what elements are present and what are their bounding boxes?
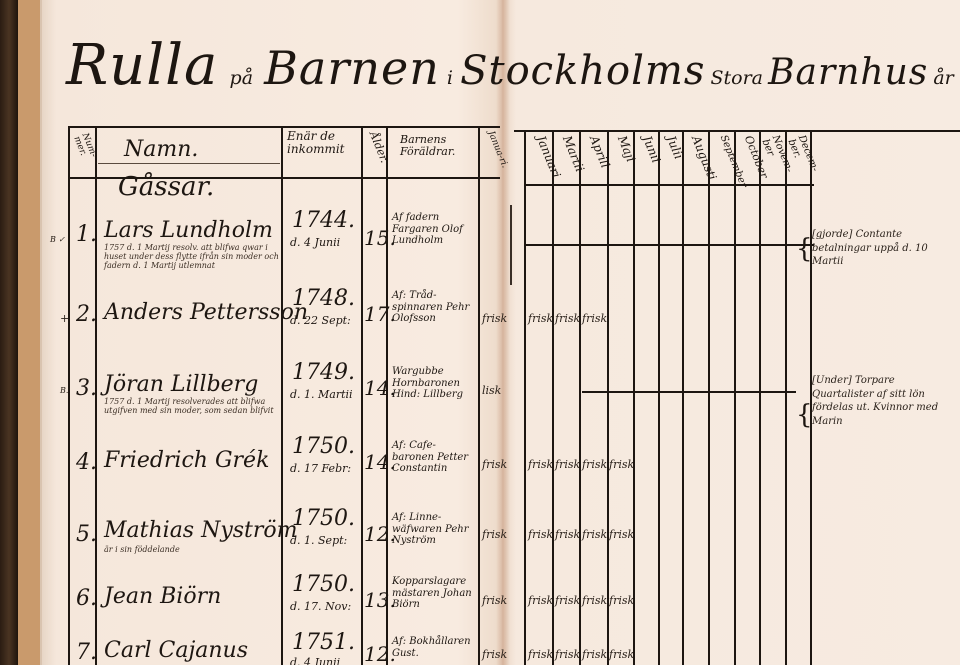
left-page xyxy=(40,0,504,665)
month-line-9 xyxy=(759,130,761,665)
row-month-status: frisk xyxy=(555,312,580,325)
row-january-status: frisk xyxy=(482,458,507,471)
row-month-status: frisk xyxy=(582,648,607,661)
month-header-bottom-line xyxy=(524,184,814,186)
row-entry-date: d. 22 Sept: xyxy=(290,314,351,327)
row1-closing-line xyxy=(524,244,814,246)
row-name: Jean Biörn xyxy=(104,584,221,609)
row-margin-mark: B. xyxy=(60,386,68,395)
remark-brace: { xyxy=(796,400,813,430)
header-name: Namn. xyxy=(124,138,198,161)
row-month-status: frisk xyxy=(582,312,607,325)
row-month-status: frisk xyxy=(609,458,634,471)
row-entry-date: d. 17. Nov: xyxy=(290,600,351,613)
row-entry-year: 1750. xyxy=(292,572,355,597)
row-remark: [gjorde] Contante betalningar uppå d. 10… xyxy=(812,228,952,269)
document-title: Rulla på Barnen i Stockholms Stora Barnh… xyxy=(66,38,960,94)
row-january-status: frisk xyxy=(482,594,507,607)
header-parents: Barnens Föräldrar. xyxy=(400,134,480,157)
row-note: 1757 d. 1 Martij resolv. att blifwa qwar… xyxy=(104,244,280,270)
row-entry-year: 1744. xyxy=(292,208,355,233)
header-top-line xyxy=(68,126,500,128)
row-note: 1757 d. 1 Martij resolverades att blifwa… xyxy=(104,398,280,416)
name-underline xyxy=(98,163,280,164)
row-month-status: frisk xyxy=(582,594,607,607)
row-january-status: lisk xyxy=(482,384,501,397)
row-month-status: frisk xyxy=(555,458,580,471)
row-entry-year: 1749. xyxy=(292,360,355,385)
row-name: Friedrich Grék xyxy=(104,448,269,473)
row-number: 7. xyxy=(76,640,97,665)
row-parents: Af: Cafe-baronen Petter Constantin xyxy=(392,440,476,475)
row-month-status: frisk xyxy=(528,312,553,325)
row-january-status: frisk xyxy=(482,528,507,541)
remark-brace: { xyxy=(796,234,813,264)
row-number: 2. xyxy=(76,302,97,327)
row-parents: Af: Bokhållaren Gust. xyxy=(392,636,476,659)
row-entry-date: d. 17 Febr: xyxy=(290,462,351,475)
month-line-2 xyxy=(579,130,581,665)
row-parents: Kopparslagare mästaren Johan Biörn xyxy=(392,576,476,611)
title-word-ar: år xyxy=(933,67,953,89)
row-name: Mathias Nyström xyxy=(104,518,298,543)
row-month-status: frisk xyxy=(555,594,580,607)
row-month-status: frisk xyxy=(528,594,553,607)
book-binding xyxy=(0,0,18,665)
title-word-stora: Stora xyxy=(710,67,763,89)
month-line-4 xyxy=(633,130,635,665)
row-entry-year: 1750. xyxy=(292,434,355,459)
row-month-status: frisk xyxy=(582,458,607,471)
row-margin-mark: B ✓ xyxy=(50,235,65,244)
col-line-parents xyxy=(478,126,480,665)
title-word-barnhus: Barnhus xyxy=(768,52,928,93)
row-month-status: frisk xyxy=(609,594,634,607)
page-gutter xyxy=(496,0,510,665)
header-entered: Enär de inkommit xyxy=(287,130,359,155)
col-line-entered xyxy=(361,126,363,665)
row-margin-mark: + xyxy=(60,312,69,325)
row-month-status: frisk xyxy=(555,528,580,541)
row-month-status: frisk xyxy=(609,528,634,541)
month-line-5 xyxy=(658,130,660,665)
row-january-status: frisk xyxy=(482,312,507,325)
row-remark: [Under] Torpare Quartalister af sitt lön… xyxy=(812,374,952,428)
row-parents: Af fadern Fargaren Olof Lundholm xyxy=(392,212,476,247)
month-line-10 xyxy=(785,130,787,665)
row-number: 5. xyxy=(76,522,97,547)
row3-closing-line xyxy=(582,391,796,393)
row-name: Lars Lundholm xyxy=(104,218,273,243)
right-page xyxy=(502,0,960,665)
row-january-status: frisk xyxy=(482,648,507,661)
row-entry-date: d. 4 Junii xyxy=(290,656,340,665)
row-month-status: frisk xyxy=(582,528,607,541)
title-word-pa: på xyxy=(230,67,254,89)
gutter-mark xyxy=(510,205,512,285)
row-month-status: frisk xyxy=(609,648,634,661)
month-line-3 xyxy=(607,130,609,665)
month-header-top-line xyxy=(514,130,960,132)
row-month-status: frisk xyxy=(528,528,553,541)
title-word-barnen: Barnen xyxy=(264,41,440,95)
row-number: 6. xyxy=(76,586,97,611)
section-heading-boys: Gåssar. xyxy=(118,172,214,202)
row-entry-date: d. 1. Martii xyxy=(290,388,353,401)
row-month-status: frisk xyxy=(528,648,553,661)
row-name: Jöran Lillberg xyxy=(104,372,258,397)
row-entry-year: 1748. xyxy=(292,286,355,311)
month-line-6 xyxy=(682,130,684,665)
col-line-0 xyxy=(68,126,70,665)
month-line-0 xyxy=(524,130,526,665)
title-word-stockholms: Stockholms xyxy=(460,48,705,94)
col-line-name xyxy=(281,126,283,665)
title-word-rulla: Rulla xyxy=(66,33,218,98)
row-number: 4. xyxy=(76,450,97,475)
month-line-8 xyxy=(734,130,736,665)
row-parents: Af: Tråd-spinnaren Pehr Olofsson xyxy=(392,290,476,325)
row-month-status: frisk xyxy=(528,458,553,471)
row-note: är i sin föddelande xyxy=(104,546,280,555)
row-name: Carl Cajanus xyxy=(104,638,248,663)
row-number: 1. xyxy=(76,222,97,247)
row-number: 3. xyxy=(76,376,97,401)
row-entry-date: d. 4 Junii xyxy=(290,236,340,249)
month-line-7 xyxy=(708,130,710,665)
row-entry-year: 1751. xyxy=(292,630,355,655)
title-word-i: i xyxy=(447,67,453,89)
row-parents: Wargubbe Hornbaronen Hind: Lillberg xyxy=(392,366,476,401)
month-line-1 xyxy=(552,130,554,665)
row-entry-year: 1750. xyxy=(292,506,355,531)
row-name: Anders Pettersson xyxy=(104,300,308,325)
row-entry-date: d. 1. Sept: xyxy=(290,534,347,547)
row-parents: Af: Linne-wäfwaren Pehr Nyström xyxy=(392,512,476,547)
row-month-status: frisk xyxy=(555,648,580,661)
